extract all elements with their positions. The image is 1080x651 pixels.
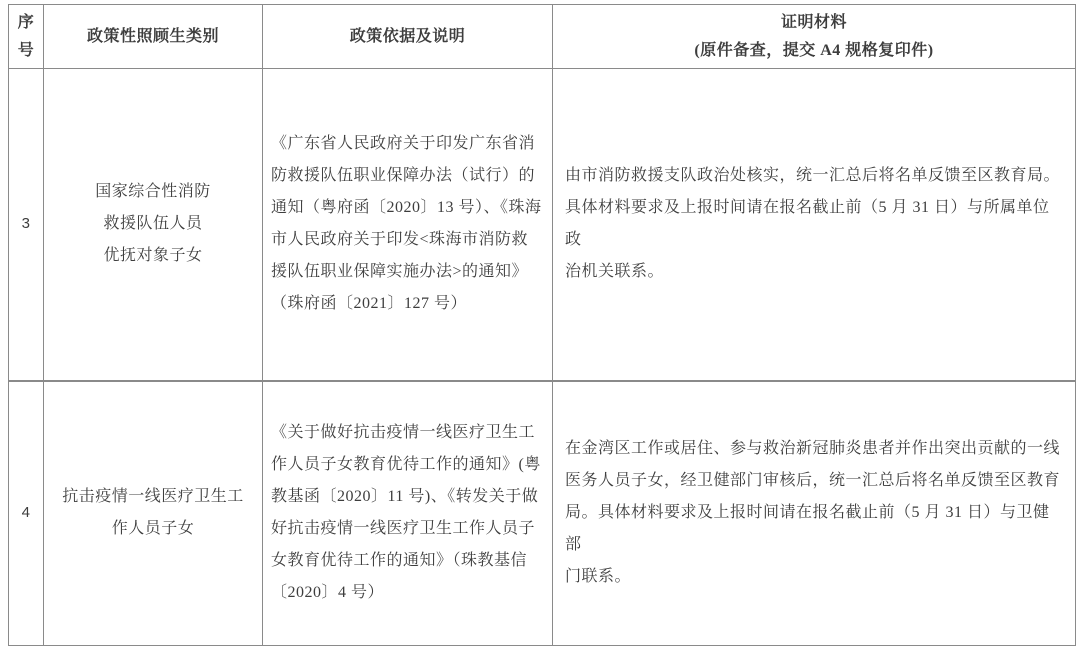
table-row: 3 国家综合性消防 救援队伍人员 优抚对象子女 《广东省人民政府关于印发广东省消… [9,69,1076,381]
row-category: 国家综合性消防 救援队伍人员 优抚对象子女 [44,69,263,381]
header-row: 序号 政策性照顾生类别 政策依据及说明 证明材料 (原件备查，提交 A4 规格复… [9,5,1076,69]
col-header-materials: 证明材料 (原件备查，提交 A4 规格复印件) [553,5,1076,69]
materials-header-subtitle: (原件备查，提交 A4 规格复印件) [557,37,1071,65]
table-row: 4 抗击疫情一线医疗卫生工 作人员子女 《关于做好抗击疫情一线医疗卫生工 作人员… [9,381,1076,646]
row-policy-basis: 《广东省人民政府关于印发广东省消 防救援队伍职业保障办法（试行）的 通知（粤府函… [263,69,553,381]
row-category: 抗击疫情一线医疗卫生工 作人员子女 [44,381,263,646]
table-header: 序号 政策性照顾生类别 政策依据及说明 证明材料 (原件备查，提交 A4 规格复… [9,5,1076,69]
policy-table: 序号 政策性照顾生类别 政策依据及说明 证明材料 (原件备查，提交 A4 规格复… [8,4,1076,646]
row-number: 4 [9,381,44,646]
row-number: 3 [9,69,44,381]
table-body: 3 国家综合性消防 救援队伍人员 优抚对象子女 《广东省人民政府关于印发广东省消… [9,69,1076,646]
materials-header-title: 证明材料 [557,9,1071,37]
row-proof-materials: 在金湾区工作或居住、参与救治新冠肺炎患者并作出突出贡献的一线 医务人员子女，经卫… [553,381,1076,646]
col-header-no: 序号 [9,5,44,69]
row-proof-materials: 由市消防救援支队政治处核实，统一汇总后将名单反馈至区教育局。 具体材料要求及上报… [553,69,1076,381]
col-header-policy: 政策依据及说明 [263,5,553,69]
row-policy-basis: 《关于做好抗击疫情一线医疗卫生工 作人员子女教育优待工作的通知》(粤 教基函〔2… [263,381,553,646]
col-header-category: 政策性照顾生类别 [44,5,263,69]
